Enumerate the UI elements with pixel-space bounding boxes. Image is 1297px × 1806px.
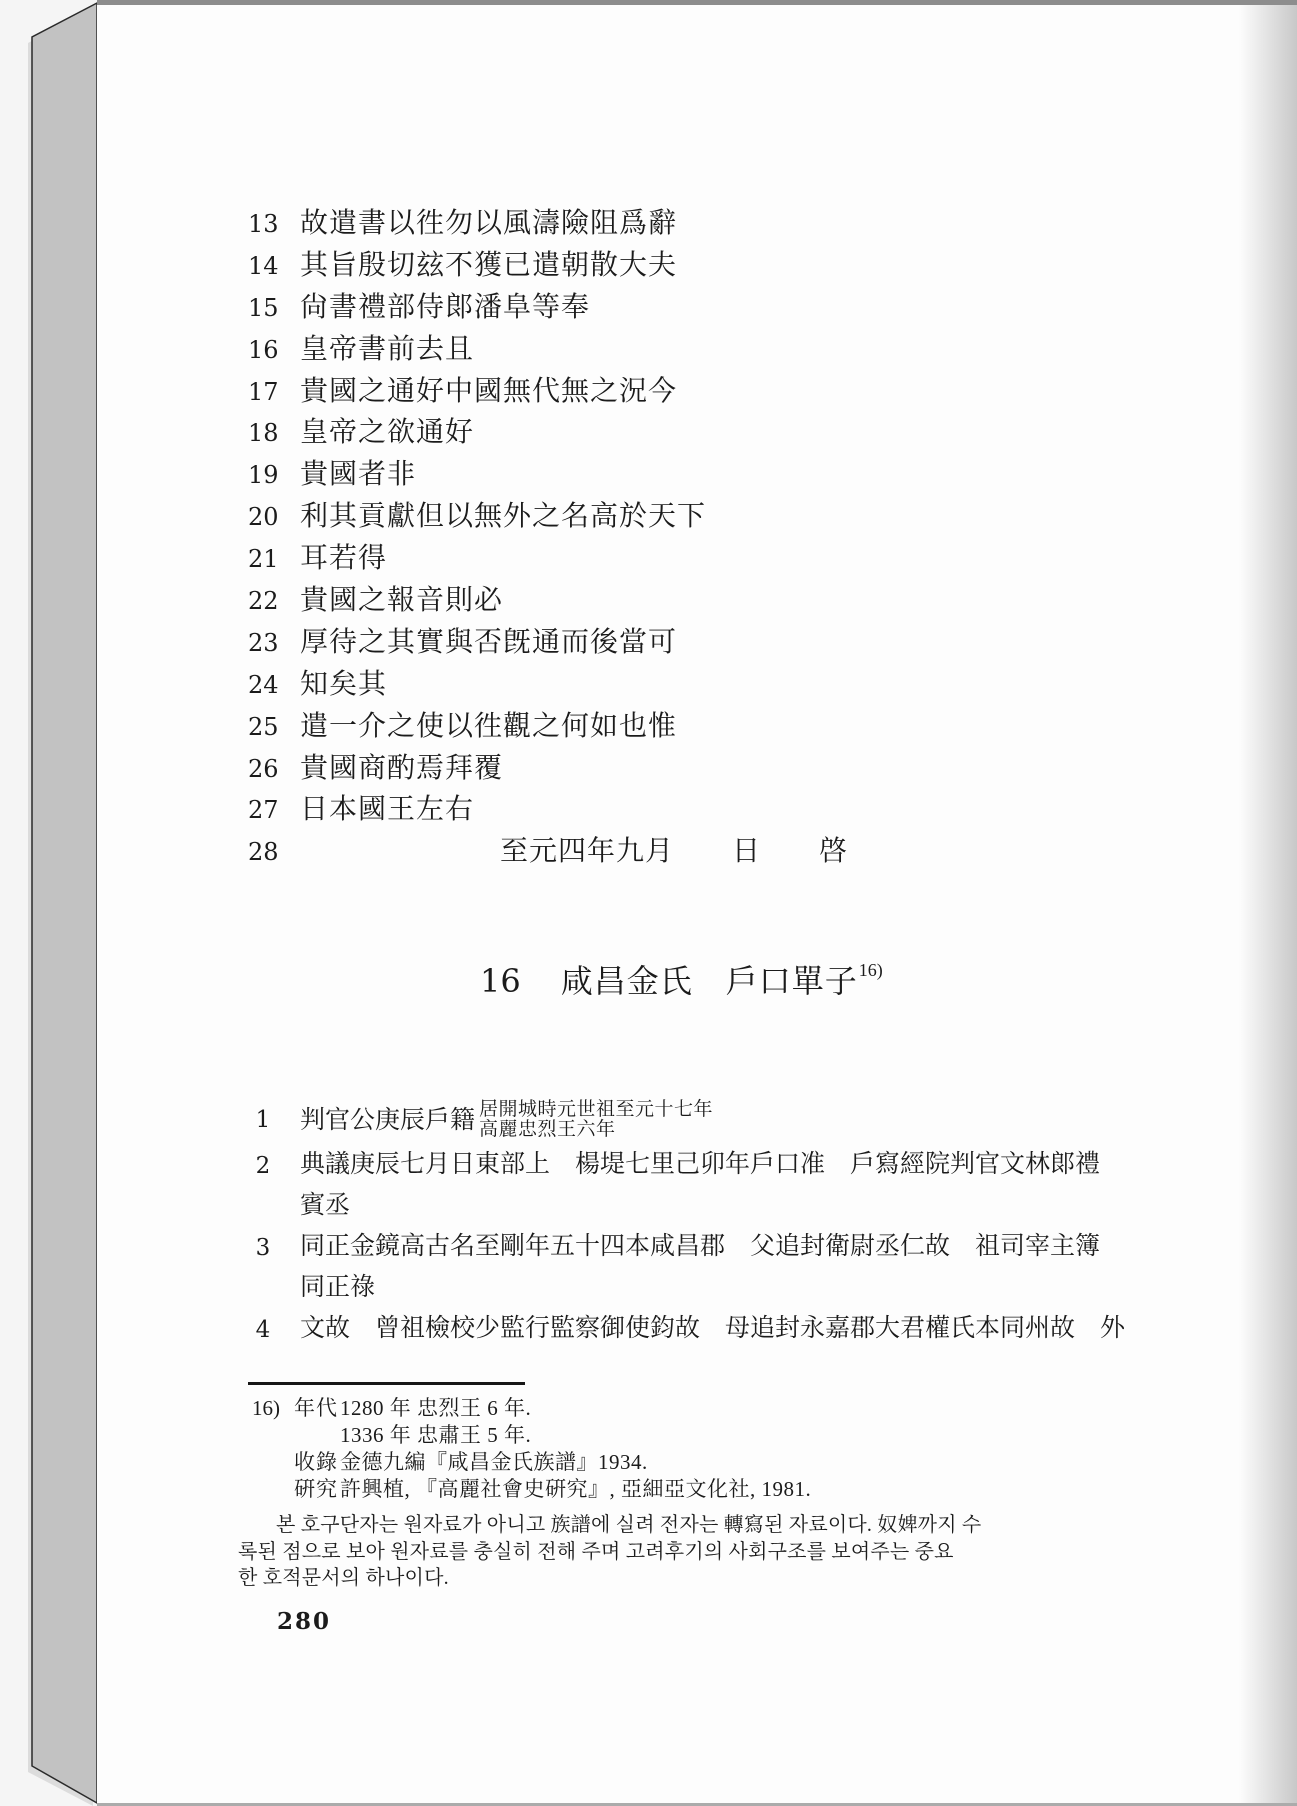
line-text: 皇帝之欲通好 [300, 412, 474, 454]
line-text: 知矣其 [300, 664, 387, 706]
entry-lines-list: 1判官公庚辰戶籍居開城時元世祖至元十七年高麗忠烈王六年2典議庚辰七月日東部上 楊… [97, 1098, 1247, 1352]
entry-number: 2 [248, 1144, 278, 1188]
line-text: 貴國者非 [300, 454, 416, 496]
entry-text-line: 同正金鏡高古名至剛年五十四本咸昌郡 父追封衛尉丞仁故 祖司宰主簿 [300, 1226, 1100, 1267]
line-text: 貴國之通好中國無代無之況今 [300, 371, 677, 413]
letter-line: 25遣一介之使以徃觀之何如也惟 [97, 706, 1197, 748]
line-text: 至元四年九月 日 啓 [300, 831, 848, 873]
footnote-label: 收錄 [294, 1449, 340, 1476]
letter-line: 21耳若得 [97, 538, 1197, 580]
entry-main-text: 同正金鏡高古名至剛年五十四本咸昌郡 父追封衛尉丞仁故 祖司宰主簿 [300, 1233, 1100, 1260]
footnote-paragraph-line: 본 호구단자는 원자료가 아니고 族譜에 실려 전자는 轉寫된 자료이다. 奴婢… [238, 1512, 1198, 1539]
footnote: 16)年代1280 年 忠烈王 6 年.1336 年 忠肅王 5 年.收錄金德九… [97, 1395, 1197, 1592]
line-number: 21 [248, 539, 278, 581]
letter-line: 27日本國王左右 [97, 789, 1197, 831]
annotation-line: 居開城時元世祖至元十七年 [479, 1100, 713, 1121]
letter-line: 13故遣書以徃勿以風濤險阻爲辭 [97, 203, 1197, 245]
footnote-marker: 16) [252, 1395, 294, 1422]
scanned-book-page: 13故遣書以徃勿以風濤險阻爲辭14其旨殷切玆不獲已遣朝散大夫15尙書禮部侍郞潘阜… [0, 0, 1297, 1806]
footnote-label [294, 1422, 340, 1449]
footnote-marker [252, 1422, 294, 1449]
line-text: 貴國商酌焉拜覆 [300, 748, 503, 790]
line-number: 19 [248, 455, 278, 497]
entry-inline-annotation: 居開城時元世祖至元十七年高麗忠烈王六年 [479, 1100, 713, 1141]
letter-lines-list: 13故遣書以徃勿以風濤險阻爲辭14其旨殷切玆不獲已遣朝散大夫15尙書禮部侍郞潘阜… [97, 203, 1197, 873]
letter-line: 20利其貢獻但以無外之名高於天下 [97, 496, 1197, 538]
line-number: 16 [248, 330, 278, 372]
entry-text: 判官公庚辰戶籍居開城時元世祖至元十七年高麗忠烈王六年 [300, 1098, 713, 1144]
line-text: 故遣書以徃勿以風濤險阻爲辭 [300, 203, 677, 245]
footnote-label: 硏究 [294, 1476, 340, 1503]
heading-number: 16 [480, 958, 521, 1004]
entry-line: 3同正金鏡高古名至剛年五十四本咸昌郡 父追封衛尉丞仁故 祖司宰主簿同正祿 [97, 1226, 1247, 1308]
letter-line: 14其旨殷切玆不獲已遣朝散大夫 [97, 245, 1197, 287]
line-text: 貴國之報音則必 [300, 580, 503, 622]
annotation-line: 高麗忠烈王六年 [479, 1120, 713, 1141]
footnote-paragraph-line: 한 호적문서의 하나이다. [238, 1565, 1198, 1592]
line-number: 18 [248, 413, 278, 455]
entry-main-text: 文故 曾祖檢校少監行監察御使鈞故 母追封永嘉郡大君權氏本同州故 外 [300, 1315, 1125, 1342]
footnote-line: 16)年代1280 年 忠烈王 6 年. [97, 1395, 1197, 1422]
section-heading: 16 咸昌金氏 戶口單子 16) [480, 958, 883, 1004]
footnote-label: 年代 [294, 1395, 340, 1422]
letter-line: 15尙書禮部侍郞潘阜等奉 [97, 287, 1197, 329]
page: 13故遣書以徃勿以風濤險阻爲辭14其旨殷切玆不獲已遣朝散大夫15尙書禮部侍郞潘阜… [97, 0, 1297, 1806]
line-number: 24 [248, 665, 278, 707]
line-number: 22 [248, 581, 278, 623]
footnote-lines: 16)年代1280 年 忠烈王 6 年.1336 年 忠肅王 5 年.收錄金德九… [97, 1395, 1197, 1503]
entry-number: 3 [248, 1226, 278, 1270]
entry-line: 4文故 曾祖檢校少監行監察御使鈞故 母追封永嘉郡大君權氏本同州故 外 [97, 1308, 1247, 1352]
line-number: 20 [248, 497, 278, 539]
entry-number: 1 [248, 1098, 278, 1142]
letter-line: 18皇帝之欲通好 [97, 412, 1197, 454]
entry-text-line: 判官公庚辰戶籍居開城時元世祖至元十七年高麗忠烈王六年 [300, 1098, 713, 1144]
line-number: 15 [248, 288, 278, 330]
line-text: 耳若得 [300, 538, 387, 580]
letter-line: 17貴國之通好中國無代無之況今 [97, 371, 1197, 413]
heading-footnote-ref: 16) [859, 960, 883, 980]
letter-line: 28至元四年九月 日 啓 [97, 831, 1197, 873]
line-number: 23 [248, 623, 278, 665]
entry-main-text: 典議庚辰七月日東部上 楊堤七里己卯年戶口准 戶寫經院判官文林郞禮 [300, 1151, 1100, 1178]
footnote-rule [248, 1382, 525, 1385]
letter-line: 19貴國者非 [97, 454, 1197, 496]
line-number: 25 [248, 707, 278, 749]
line-text: 皇帝書前去且 [300, 329, 474, 371]
entry-line: 2典議庚辰七月日東部上 楊堤七里己卯年戶口准 戶寫經院判官文林郞禮賓丞 [97, 1144, 1247, 1226]
line-text: 厚待之其實與否旣通而後當可 [300, 622, 677, 664]
letter-line: 24知矣其 [97, 664, 1197, 706]
entry-text-line: 文故 曾祖檢校少監行監察御使鈞故 母追封永嘉郡大君權氏本同州故 外 [300, 1308, 1125, 1349]
entry-text: 文故 曾祖檢校少監行監察御使鈞故 母追封永嘉郡大君權氏本同州故 外 [300, 1308, 1125, 1349]
line-number: 14 [248, 246, 278, 288]
book-edge-icon [0, 0, 110, 1806]
entry-continuation: 同正祿 [300, 1267, 1100, 1308]
footnote-text: 金德九編『咸昌金氏族譜』1934. [340, 1449, 648, 1476]
footnote-marker [252, 1449, 294, 1476]
footnote-line: 硏究許興植, 『高麗社會史硏究』, 亞細亞文化社, 1981. [97, 1476, 1197, 1503]
line-text: 日本國王左右 [300, 789, 474, 831]
line-number: 26 [248, 749, 278, 791]
footnote-paragraph-line: 록된 점으로 보아 원자료를 충실히 전해 주며 고려후기의 사회구조를 보여주… [238, 1539, 1198, 1566]
footnote-marker [252, 1476, 294, 1503]
entry-text: 同正金鏡高古名至剛年五十四本咸昌郡 父追封衛尉丞仁故 祖司宰主簿同正祿 [300, 1226, 1100, 1308]
letter-line: 16皇帝書前去且 [97, 329, 1197, 371]
book-edge-pages [32, 3, 97, 1803]
entry-text: 典議庚辰七月日東部上 楊堤七里己卯年戶口准 戶寫經院判官文林郞禮賓丞 [300, 1144, 1100, 1226]
line-number: 27 [248, 790, 278, 832]
footnote-paragraph: 본 호구단자는 원자료가 아니고 族譜에 실려 전자는 轉寫된 자료이다. 奴婢… [97, 1512, 1198, 1592]
entry-main-text: 判官公庚辰戶籍 [300, 1107, 475, 1134]
entry-text-line: 典議庚辰七月日東部上 楊堤七里己卯年戶口准 戶寫經院判官文林郞禮 [300, 1144, 1100, 1185]
letter-line: 22貴國之報音則必 [97, 580, 1197, 622]
page-number: 280 [277, 1608, 331, 1635]
line-text: 尙書禮部侍郞潘阜等奉 [300, 287, 590, 329]
line-number: 13 [248, 204, 278, 246]
footnote-line: 收錄金德九編『咸昌金氏族譜』1934. [97, 1449, 1197, 1476]
entry-continuation: 賓丞 [300, 1185, 1100, 1226]
entry-line: 1判官公庚辰戶籍居開城時元世祖至元十七年高麗忠烈王六年 [97, 1098, 1247, 1144]
footnote-text: 1280 年 忠烈王 6 年. [340, 1395, 531, 1422]
line-text: 利其貢獻但以無外之名高於天下 [300, 496, 706, 538]
footnote-text: 1336 年 忠肅王 5 年. [340, 1422, 531, 1449]
line-text: 遣一介之使以徃觀之何如也惟 [300, 706, 677, 748]
line-number: 28 [248, 832, 278, 874]
entry-number: 4 [248, 1308, 278, 1352]
heading-title: 咸昌金氏 戶口單子 [561, 958, 858, 1004]
letter-line: 26貴國商酌焉拜覆 [97, 748, 1197, 790]
footnote-line: 1336 年 忠肅王 5 年. [97, 1422, 1197, 1449]
letter-line: 23厚待之其實與否旣通而後當可 [97, 622, 1197, 664]
line-text: 其旨殷切玆不獲已遣朝散大夫 [300, 245, 677, 287]
line-number: 17 [248, 372, 278, 414]
footnote-text: 許興植, 『高麗社會史硏究』, 亞細亞文化社, 1981. [340, 1476, 811, 1503]
